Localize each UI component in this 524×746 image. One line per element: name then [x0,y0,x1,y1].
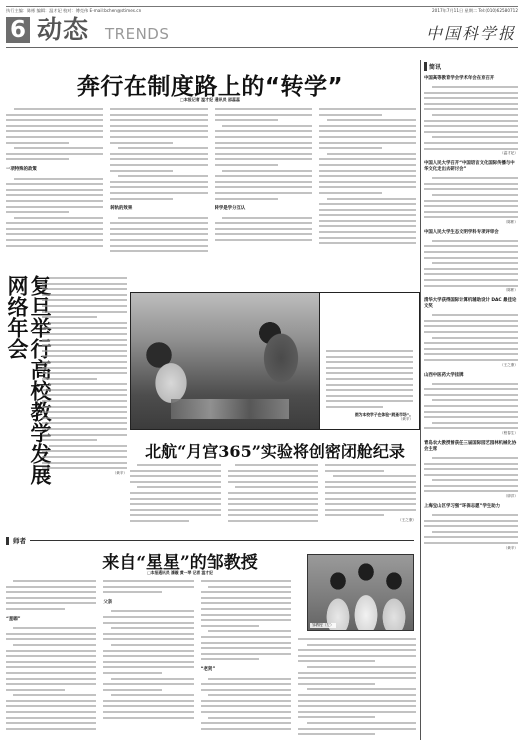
beihang-article-column: （王之康） [325,462,416,532]
main-article-subhead: 一项特殊的政策 [6,167,103,173]
profile-article-body-right [298,636,416,740]
profile-article-body: “星咖” 父亲 “老贤” [6,578,291,740]
beihang-article-column [228,462,319,532]
fudan-article-headline-col: 复旦举行高校教学发展网络年会 [6,275,40,490]
news-brief-title: 中国人民大学召开“中国语言文化国际传播与中华文化走出去研讨会” [424,161,518,173]
main-article-subhead: 转学是学分互认 [215,206,312,212]
profile-article-subhead: “老贤” [201,667,291,673]
profile-article-column [298,636,416,740]
news-brief-title: 山西中医药大学挂牌 [424,373,518,379]
news-brief-body [424,84,518,151]
news-brief: 上海宝山区学习强“环保志愿”学生助力 （黄辛） [424,504,518,551]
news-brief-title: 上海宝山区学习强“环保志愿”学生助力 [424,504,518,510]
news-brief-title: 中国高等教育学会学术年会在京召开 [424,76,518,82]
main-article-column [319,106,416,288]
news-brief-title: 青岛农大教授曾获任三届国际园艺园林机械化协会主席 [424,441,518,453]
header-info-bar: 执行主编：陈彬 编辑：温才妃 校对：傅克伟 E-mail:bchen@stime… [6,6,518,13]
news-brief: 山西中医药大学挂牌 （程春生） [424,373,518,436]
news-brief: 中国人民大学生态文明学科专项评审会 （陈彬） [424,230,518,293]
news-brief-title: 清华大学获得国际计算机辅助设计 DAC 最佳论文奖 [424,298,518,310]
profile-article-subhead: “星咖” [6,617,96,623]
newspaper-logo: 中国科学报 [426,21,516,44]
beihang-article-signature: （王之康） [325,518,416,524]
profile-article-column: “星咖” [6,578,96,740]
market-photo [130,292,320,430]
news-brief-signature: （陈彬） [424,220,518,225]
news-brief-body [424,381,518,431]
main-article-column: 一项特殊的政策 [6,106,103,288]
profile-article-column: 父亲 [103,578,193,740]
main-article-body: 一项特殊的政策 转轨的效果 转学是学分互认 [6,106,416,288]
news-briefs-tag: 简讯 [424,62,518,71]
fudan-article-body: （黄辛） [42,275,127,476]
masthead: 6 动态 TRENDS 中国科学报 [6,15,518,48]
editor-info: 执行主编：陈彬 编辑：温才妃 校对：傅克伟 E-mail:bchen@stime… [6,8,141,14]
news-brief: 中国人民大学召开“中国语言文化国际传播与中华文化走出去研讨会” （陈彬） [424,161,518,225]
section-title: 动态 [37,15,89,45]
date-info: 2017年7月11日 星期二 Tel:(010)62580712 [432,8,518,14]
news-brief: 青岛农大教授曾获任三届国际园艺园林机械化协会主席 （廖洋） [424,441,518,499]
news-brief-title: 中国人民大学生态文明学科专项评审会 [424,230,518,236]
profile-section-divider: 师者 [6,536,414,545]
section-title-en: TRENDS [105,25,169,43]
page-number: 6 [6,17,30,43]
profile-photo-caption: 邹教授（左） [310,623,336,628]
divider-line [30,540,414,541]
news-briefs-column: 简讯 中国高等教育学会学术年会在京召开 （温才妃） 中国人民大学召开“中国语言文… [420,60,518,740]
beihang-article-column [130,462,221,532]
photo-signature: （黄辛） [326,417,413,422]
profile-section-label: 师者 [13,536,26,545]
beihang-article-headline: 北航“月宫365”实验将创密闭舱纪录 [130,439,420,462]
fudan-article-signature: （黄辛） [42,471,127,477]
main-article-subhead: 转轨的效果 [110,206,207,212]
news-brief-signature: （程春生） [424,431,518,436]
photo-caption [326,348,413,410]
main-article-byline: □本报记者 温才妃 通讯员 邵蕊蕊 [40,97,380,103]
profile-photo: 邹教授（左） [307,554,414,631]
profile-article-column: “老贤” [201,578,291,740]
news-brief-body [424,455,518,494]
news-brief: 清华大学获得国际计算机辅助设计 DAC 最佳论文奖 （王之康） [424,298,518,367]
profile-article-subhead: 父亲 [103,600,193,606]
profile-article-byline: □本报通讯员 潘璇 黄一琴 记者 温才妃 [60,570,300,576]
news-brief: 中国高等教育学会学术年会在京召开 （温才妃） [424,76,518,156]
news-brief-body [424,238,518,288]
photo-detail [171,399,289,419]
beihang-article-body: （王之康） [130,462,416,532]
news-brief-body [424,175,518,220]
section-tag-bar [6,537,9,545]
news-brief-body [424,312,518,362]
news-brief-signature: （陈彬） [424,288,518,293]
photo-caption-box: 图为本校学子在体验“跳蚤市场”。 （黄辛） [320,292,420,430]
news-brief-body [424,512,518,546]
news-brief-signature: （温才妃） [424,151,518,156]
main-article-column: 转轨的效果 [110,106,207,288]
news-brief-signature: （廖洋） [424,494,518,499]
news-brief-signature: （黄辛） [424,546,518,551]
news-brief-signature: （王之康） [424,363,518,368]
main-article-column: 转学是学分互认 [215,106,312,288]
